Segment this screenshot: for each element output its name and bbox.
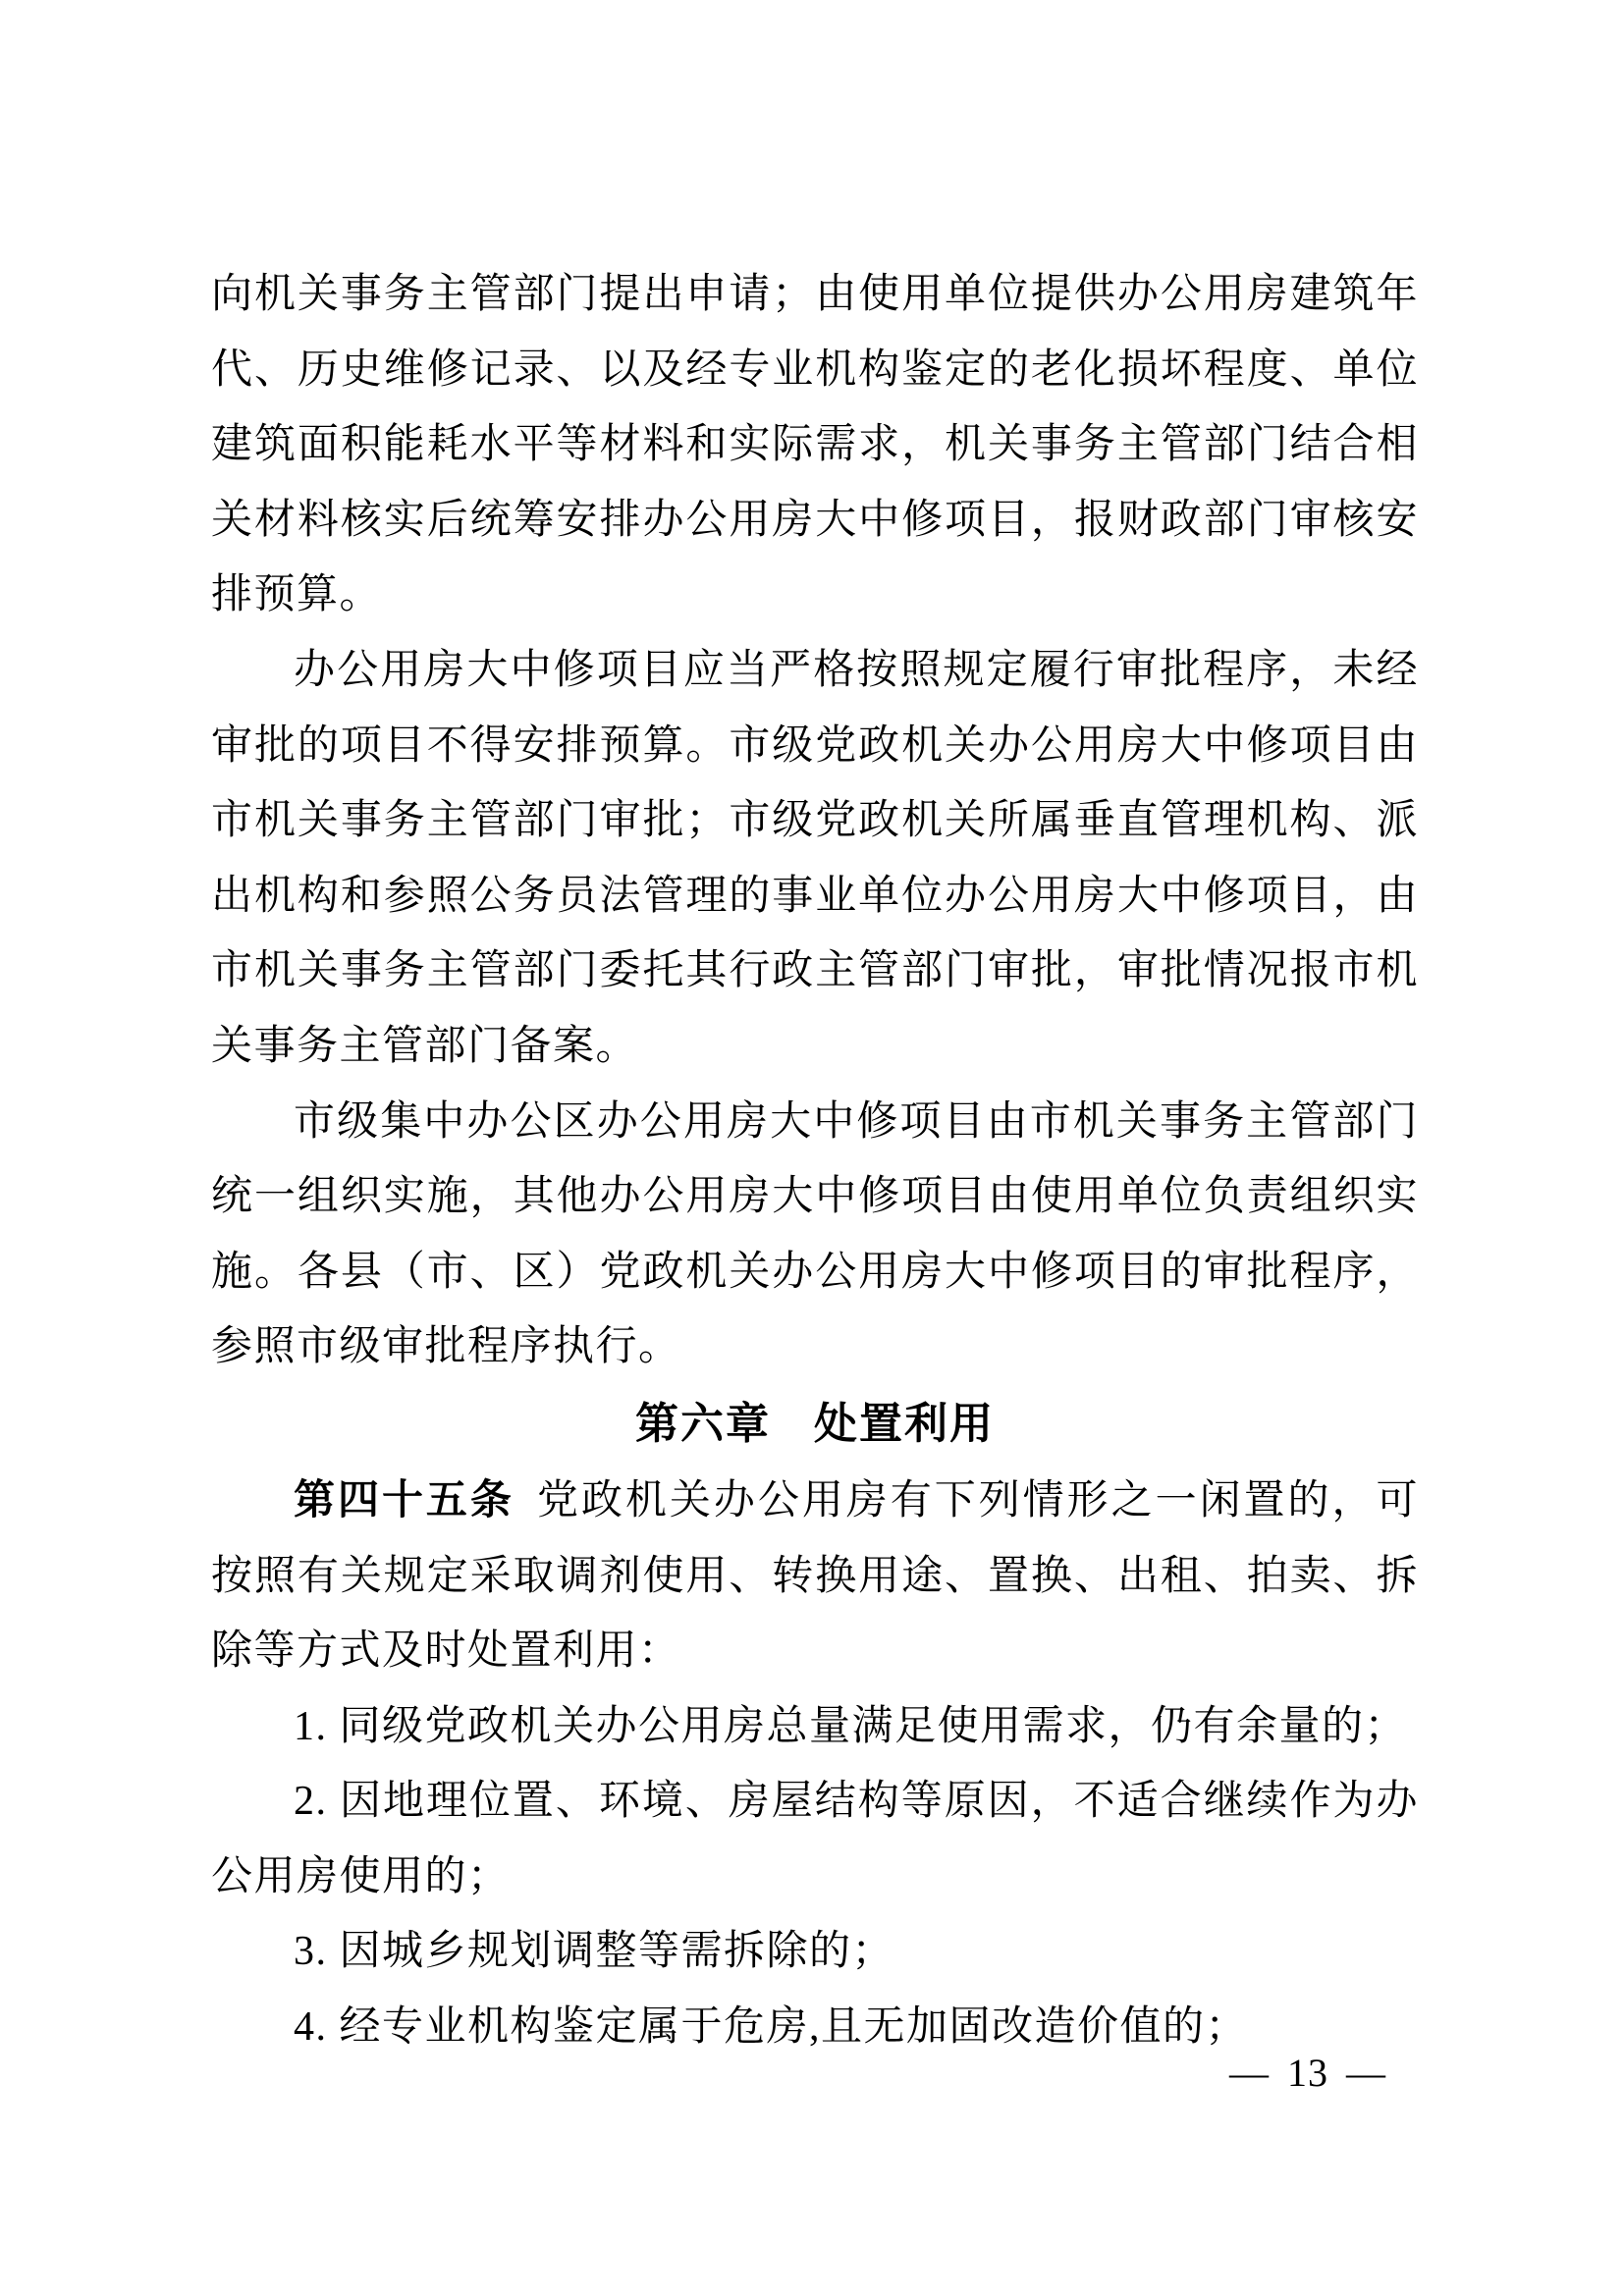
chapter-heading: 第六章处置利用 (211, 1385, 1419, 1464)
list-item: 3. 因城乡规划调整等需拆除的； (211, 1914, 1419, 1990)
page-number-dash-right: — (1346, 2051, 1386, 2095)
paragraph-continuation: 向机关事务主管部门提出申请；由使用单位提供办公用房建筑年代、历史维修记录、以及经… (211, 257, 1419, 633)
list-item: 2. 因地理位置、环境、房屋结构等原因，不适合继续作为办公用房使用的； (211, 1764, 1419, 1914)
article-number: 第四十五条 (294, 1478, 514, 1523)
chapter-number: 第六章 (635, 1400, 771, 1448)
document-body: 向机关事务主管部门提出申请；由使用单位提供办公用房建筑年代、历史维修记录、以及经… (211, 257, 1419, 2065)
list-item: 1. 同级党政机关办公用房总量满足使用需求，仍有余量的； (211, 1689, 1419, 1765)
page-number-value: 13 (1287, 2051, 1328, 2095)
chapter-title: 处置利用 (814, 1400, 995, 1448)
paragraph-approval-procedure: 办公用房大中修项目应当严格按照规定履行审批程序，未经审批的项目不得安排预算。市级… (211, 633, 1419, 1085)
article-paragraph: 第四十五条党政机关办公用房有下列情形之一闲置的，可按照有关规定采取调剂使用、转换… (211, 1464, 1419, 1689)
paragraph-implementation: 市级集中办公区办公用房大中修项目由市机关事务主管部门统一组织实施，其他办公用房大… (211, 1085, 1419, 1385)
page-number: —13— (1229, 2050, 1386, 2096)
page-number-dash-left: — (1229, 2051, 1270, 2095)
